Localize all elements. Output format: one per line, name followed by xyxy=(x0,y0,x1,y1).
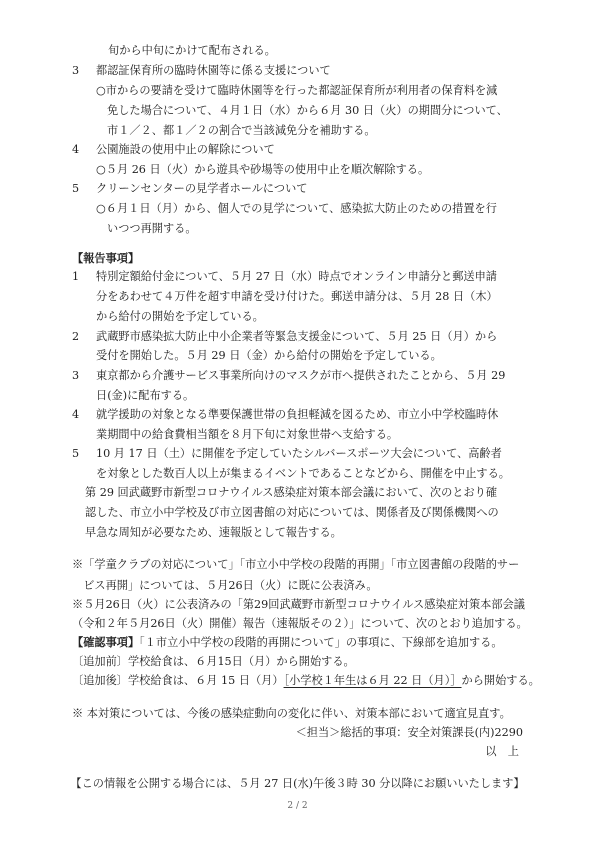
note-line: （令和２年５月26日（火）開催）報告（速報版その２）」について、次のとおり追加す… xyxy=(72,615,528,634)
contact-line: ＜担当＞総括的事項：安全対策課長(内)2290 xyxy=(296,724,523,743)
report-number: 2 xyxy=(72,328,79,347)
decision-line: 免した場合について、４月１日（水）から６月 30 日（火）の期間分について、 xyxy=(107,102,508,121)
after-line: 〔追加後〕学校給食は、６月 15 日（月）［小学校１年生は６月 22 日（月）］… xyxy=(72,672,540,691)
summary-line: 早急な周知が必要なため、速報版として報告する。 xyxy=(85,524,342,543)
report-number: 5 xyxy=(72,445,79,464)
decision-title: 公園施設の使用中止の解除について xyxy=(96,141,275,160)
decision-title: 都認証保育所の臨時休園等に係る支援について xyxy=(96,62,331,81)
release-notice: 【この情報を公開する場合には、５月 27 日(水)午後３時 30 分以降にお願い… xyxy=(0,775,595,794)
report-line: 東京都から介護サービス事業所向けのマスクが市へ提供されたことから、５月 29 xyxy=(96,367,505,386)
confirm-label: 【確認事項】 xyxy=(72,636,139,649)
decision-line: ○５月 26 日（火）から遊具や砂場等の使用中止を順次解除する。 xyxy=(96,161,429,180)
note-line: ※５月26日（火）に公表済みの「第29回武蔵野市新型コロナウイルス感染症対策本部… xyxy=(72,596,525,615)
report-number: 3 xyxy=(72,367,79,386)
report-line: 受付を開始した。５月 29 日（金）から給付の開始を予定している。 xyxy=(96,347,442,366)
decision-number: 4 xyxy=(72,141,79,160)
closing-note: ※ 本対策については、今後の感染症動向の変化に伴い、対策本部において適宜見直す。 xyxy=(72,705,511,724)
report-line: 就学援助の対象となる準要保護世帯の負担軽減を図るため、市立小中学校臨時休 xyxy=(96,406,498,425)
decision-number: 3 xyxy=(72,62,79,81)
decision-line: ○６月１日（月）から、個人での見学について、感染拡大防止のための措置を行 xyxy=(96,200,497,219)
decision-title: クリーンセンターの見学者ホールについて xyxy=(96,180,307,199)
end-mark: 以 上 xyxy=(485,743,519,762)
report-number: 1 xyxy=(72,268,79,287)
report-line: 武蔵野市感染拡大防止中小企業者等緊急支援金について、５月 25 日（月）から xyxy=(96,328,497,347)
after-underlined: ［小学校１年生は６月 22 日（月）］ xyxy=(284,674,462,687)
report-line: 業期間中の給食費相当額を８月下旬に対象世帯へ支給する。 xyxy=(96,426,398,445)
after-suffix: から開始する。 xyxy=(462,674,540,687)
confirm-text: 「１市立小中学校の段階的再開について」の事項に、下線部を追加する。 xyxy=(139,636,502,649)
report-line: から給付の開始を予定している。 xyxy=(96,308,264,327)
note-line: ※「学童クラブの対応について」「市立小中学校の段階的再開」「市立図書館の段階的サ… xyxy=(72,556,519,575)
report-line: 特別定額給付金について、５月 27 日（水）時点でオンライン申請分と郵送申請 xyxy=(96,268,497,287)
decision-line: ○市からの要請を受けて臨時休園等を行った都認証保育所が利用者の保育料を減 xyxy=(96,82,497,101)
decision-number: 5 xyxy=(72,180,79,199)
report-line: を対象とした数百人以上が集まるイベントであることなどから、開催を中止する。 xyxy=(96,465,510,484)
summary-line: 第 29 回武蔵野市新型コロナウイルス感染症対策本部会議において、次のとおり確 xyxy=(85,484,497,503)
page-number: 2 / 2 xyxy=(0,797,595,816)
summary-line: 認した、市立小中学校及び市立図書館の対応については、関係者及び関係機関への xyxy=(85,504,499,523)
report-heading: 【報告事項】 xyxy=(72,250,139,269)
before-line: 〔追加前〕学校給食は、６月15日（月）から開始する。 xyxy=(72,653,355,672)
decision-line: 市１／２、都１／２の割合で当該減免分を補助する。 xyxy=(107,122,376,141)
report-number: 4 xyxy=(72,406,79,425)
report-line: 日(金)に配布する。 xyxy=(96,387,194,406)
report-line: 10 月 17 日（土）に開催を予定していたシルバースポーツ大会について、高齢者 xyxy=(96,445,502,464)
report-line: 分をあわせて４万件を超す申請を受け付けた。郵送申請分は、５月 28 日（木） xyxy=(96,288,498,307)
after-prefix: 〔追加後〕学校給食は、６月 15 日（月） xyxy=(72,674,284,687)
continuation-text: 旬から中旬にかけて配布される。 xyxy=(108,42,276,61)
confirm-line: 【確認事項】「１市立小中学校の段階的再開について」の事項に、下線部を追加する。 xyxy=(72,634,503,653)
decision-line: いつつ再開する。 xyxy=(107,220,197,239)
note-line: ビス再開」については、５月26日（火）に既に公表済み。 xyxy=(72,577,378,596)
